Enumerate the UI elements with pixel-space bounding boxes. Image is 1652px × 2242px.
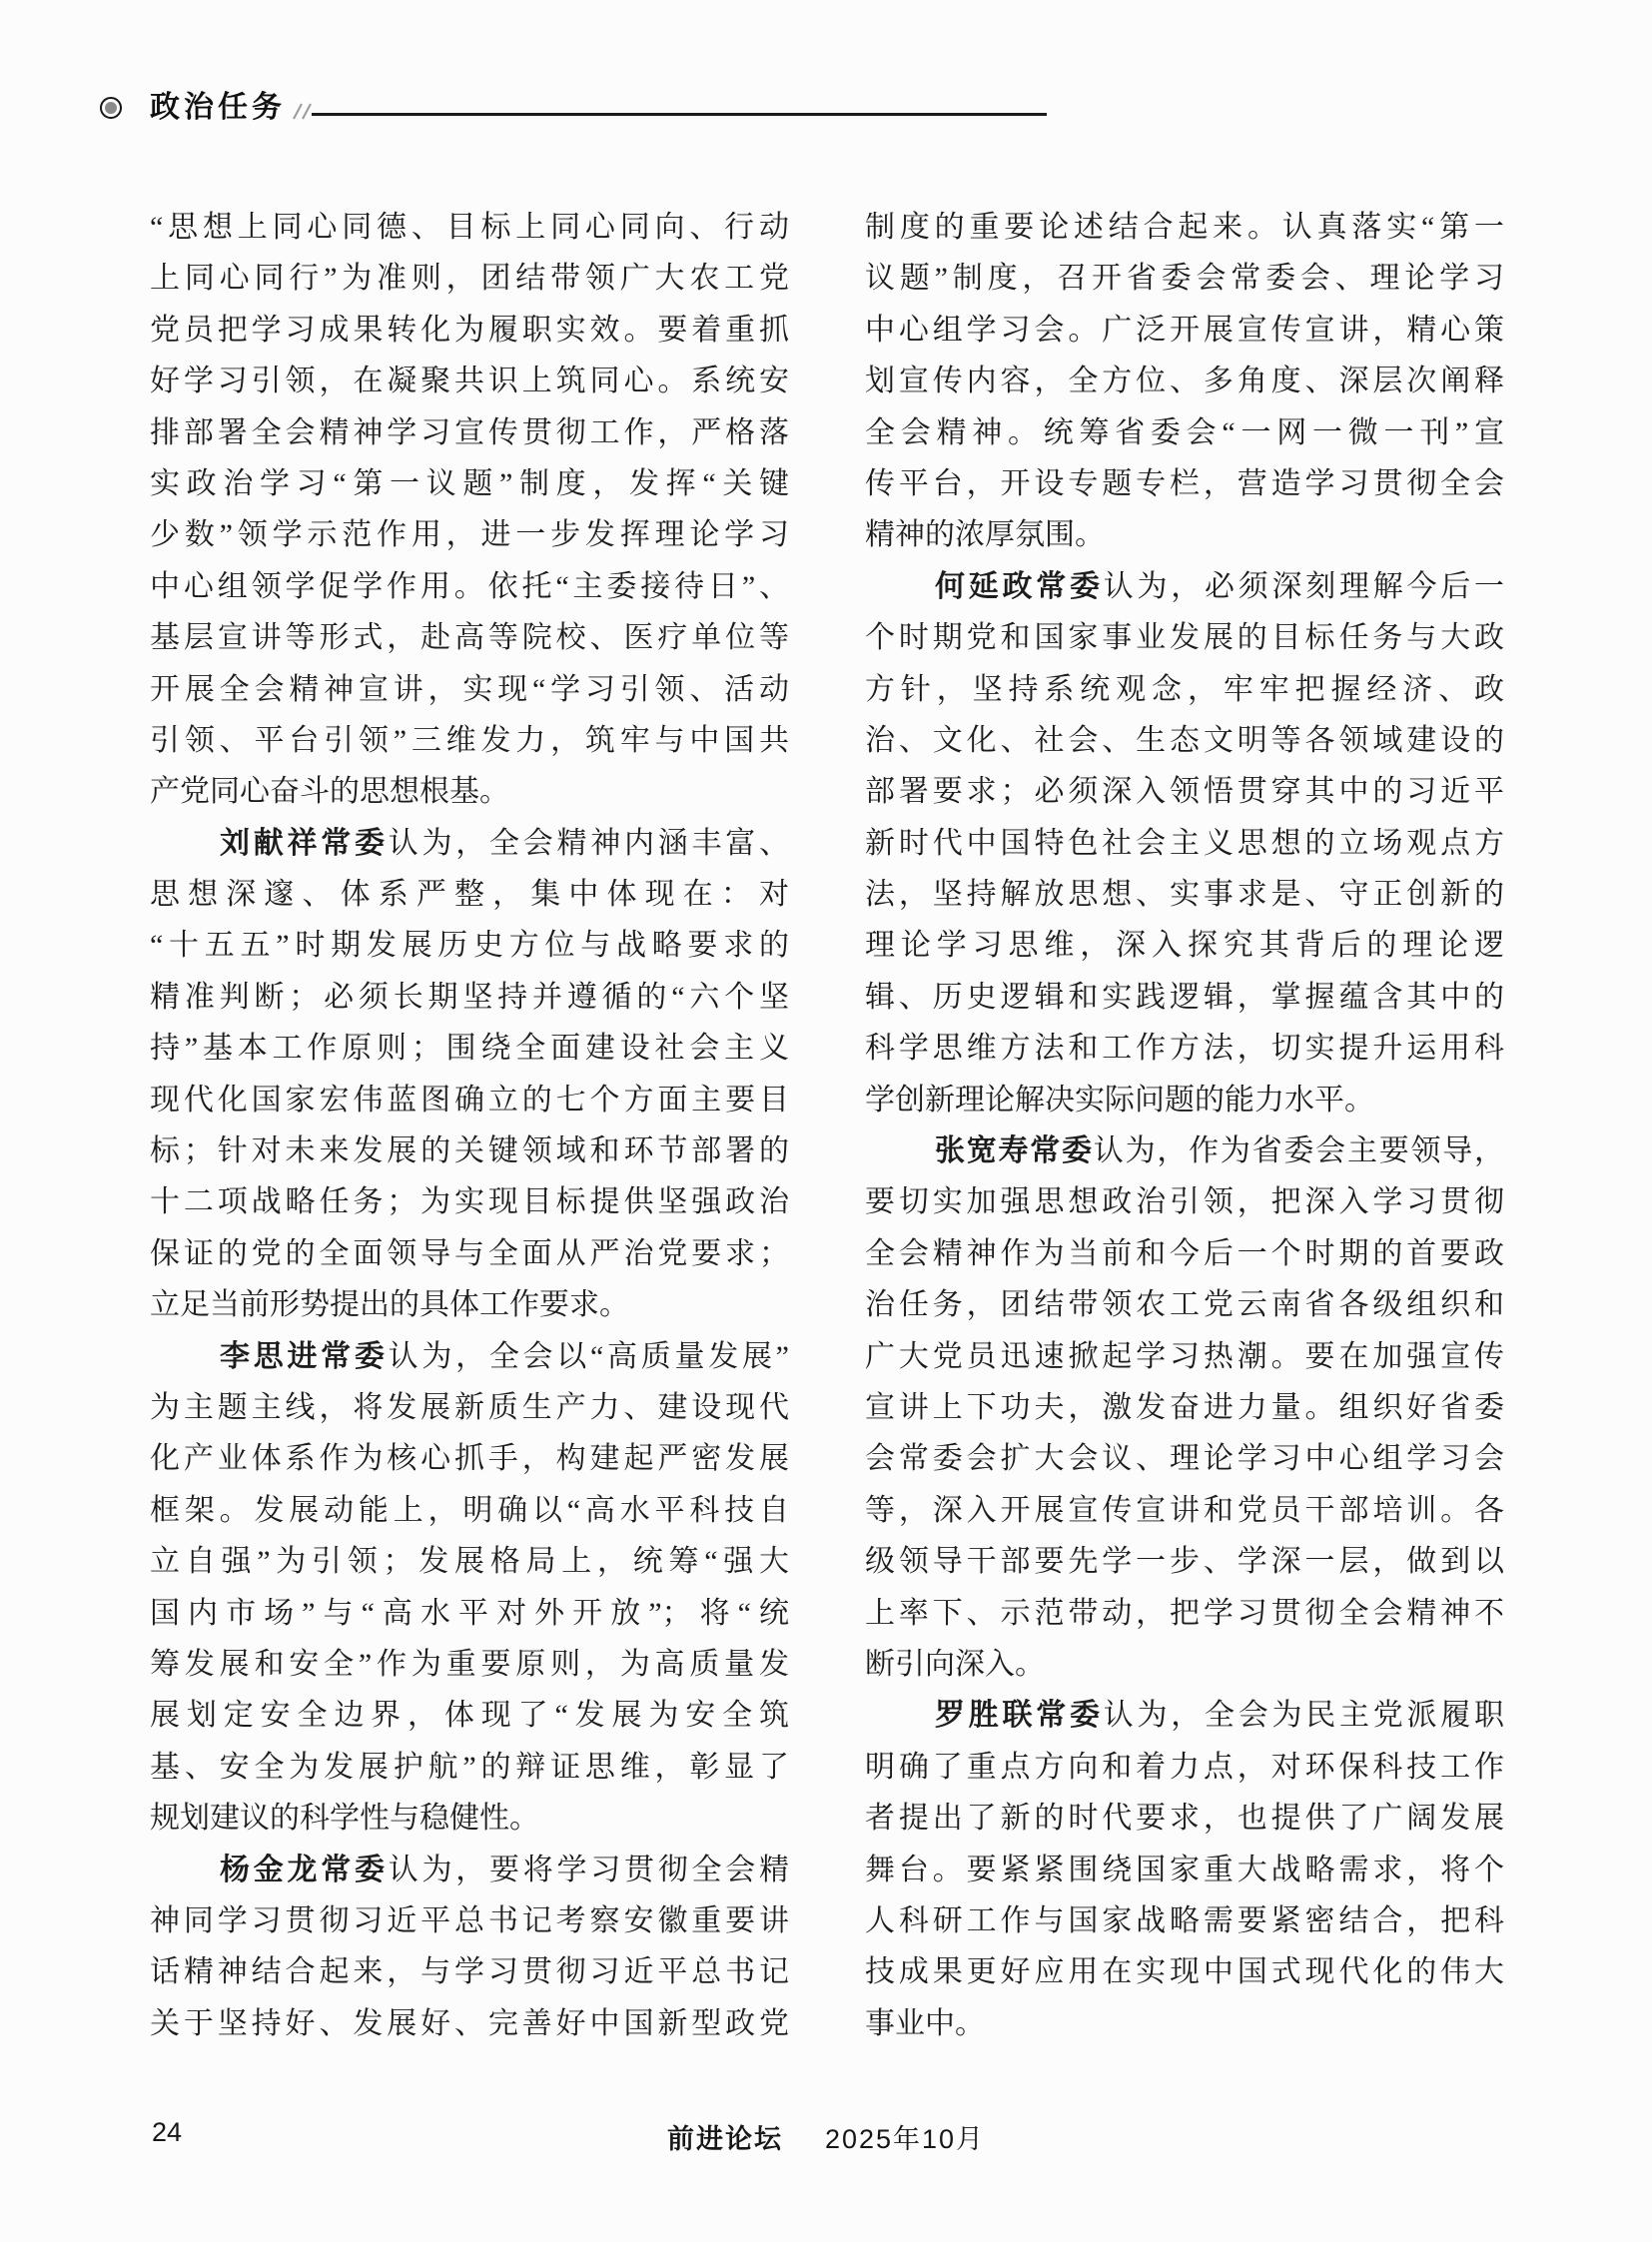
text-line: 上率下、示范带动，把学习贯彻全会精神不 [865,1588,1504,1639]
text-line: “思想上同心同德、目标上同心同向、行动 [150,202,789,253]
text-line: 断引向深入。 [865,1639,1504,1690]
text-line: 框架。发展动能上，明确以“高水平科技自 [150,1485,789,1536]
text-line: 思想深邃、体系严整，集中体现在：对 [150,869,789,920]
text-line: 排部署全会精神学习宣传贯彻工作，严格落 [150,407,789,458]
committee-member-name: 罗胜联常委 [935,1699,1104,1732]
text-line: 国内市场”与“高水平对外开放”；将“统 [150,1588,789,1639]
text-line: 学创新理论解决实际问题的能力水平。 [865,1075,1504,1125]
text-line: 筹发展和安全”作为重要原则，为高质量发 [150,1639,789,1690]
text-line: 技成果更好应用在实现中国式现代化的伟大 [865,1946,1504,1997]
text-line: 立自强”为引领；发展格局上，统筹“强大 [150,1536,789,1587]
text-line: 方针，坚持系统观念，牢牢把握经济、政 [865,664,1504,715]
committee-member-name: 李思进常委 [220,1340,389,1373]
text-line: 人科研工作与国家战略需要紧密结合，把科 [865,1895,1504,1946]
text-line: 引领、平台引领”三维发力，筑牢与中国共 [150,715,789,766]
text-line: 法，坚持解放思想、实事求是、守正创新的 [865,869,1504,920]
committee-member-name: 张宽寿常委 [935,1134,1094,1167]
text-line: 为主题主线，将发展新质生产力、建设现代 [150,1382,789,1433]
text-line: 事业中。 [865,1998,1504,2049]
text-line: 明确了重点方向和着力点，对环保科技工作 [865,1742,1504,1793]
text-line: 全会精神。统筹省委会“一网一微一刊”宣 [865,407,1504,458]
committee-member-name: 何延政常委 [935,570,1104,603]
bullseye-icon [100,97,122,119]
text-line: 辑、历史逻辑和实践逻辑，掌握蕴含其中的 [865,972,1504,1023]
text-line: 舞台。要紧紧围绕国家重大战略需求，将个 [865,1845,1504,1895]
text-line: 治、文化、社会、生态文明等各领域建设的 [865,715,1504,766]
magazine-page: 政治任务 “思想上同心同德、目标上同心同向、行动上同心同行”为准则，团结带领广大… [0,0,1652,2242]
text-line: 好学习引领，在凝聚共识上筑同心。系统安 [150,356,789,406]
text-line: 李思进常委认为，全会以“高质量发展” [150,1331,789,1382]
text-line: 少数”领学示范作用，进一步发挥理论学习 [150,509,789,560]
section-title: 政治任务 [150,92,286,124]
text-line: 中心组学习会。广泛开展宣传宣讲，精心策 [865,305,1504,356]
text-line: 化产业体系作为核心抓手，构建起严密发展 [150,1433,789,1484]
footer-center: 前进论坛 2025年10月 [667,2117,985,2156]
text-line: 个时期党和国家事业发展的目标任务与大政 [865,612,1504,663]
text-line: 神同学习贯彻习近平总书记考察安徽重要讲 [150,1895,789,1946]
text-line: 全会精神作为当前和今后一个时期的首要政 [865,1228,1504,1279]
text-line: 议题”制度，召开省委会常委会、理论学习 [865,253,1504,304]
text-line: 会常委会扩大会议、理论学习中心组学习会 [865,1433,1504,1484]
text-line: 保证的党的全面领导与全面从严治党要求； [150,1228,789,1279]
text-line: 部署要求；必须深入领悟贯穿其中的习近平 [865,766,1504,817]
text-line: 标；针对未来发展的关键领域和环节部署的 [150,1125,789,1176]
text-line: 话精神结合起来，与学习贯彻习近平总书记 [150,1946,789,1997]
bullseye-dot [105,102,117,114]
text-line: 规划建议的科学性与稳健性。 [150,1793,789,1844]
text-line: 制度的重要论述结合起来。认真落实“第一 [865,202,1504,253]
text-line: 基层宣讲等形式，赴高等院校、医疗单位等 [150,612,789,663]
text-line: 罗胜联常委认为，全会为民主党派履职 [865,1690,1504,1741]
text-line: 展划定安全边界，体现了“发展为安全筑 [150,1690,789,1741]
text-line: 等，深入开展宣传宣讲和党员干部培训。各 [865,1485,1504,1536]
text-line: 关于坚持好、发展好、完善好中国新型政党 [150,1998,789,2049]
text-line: 宣讲上下功夫，激发奋进力量。组织好省委 [865,1382,1504,1433]
text-line: 何延政常委认为，必须深刻理解今后一 [865,561,1504,612]
text-line: 新时代中国特色社会主义思想的立场观点方 [865,818,1504,869]
rule-slash-decoration [302,104,312,120]
text-line: 治任务，团结带领农工党云南省各级组织和 [865,1279,1504,1330]
text-line: 者提出了新的时代要求，也提供了广阔发展 [865,1793,1504,1844]
text-column-right: 制度的重要论述结合起来。认真落实“第一议题”制度，召开省委会常委会、理论学习中心… [865,202,1504,2049]
text-line: 实政治学习“第一议题”制度，发挥“关键 [150,458,789,509]
text-line: 持”基本工作原则；围绕全面建设社会主义 [150,1023,789,1074]
text-line: “十五五”时期发展历史方位与战略要求的 [150,920,789,971]
text-line: 张宽寿常委认为，作为省委会主要领导， [865,1125,1504,1176]
text-line: 理论学习思维，深入探究其背后的理论逻 [865,920,1504,971]
text-line: 现代化国家宏伟蓝图确立的七个方面主要目 [150,1075,789,1125]
text-line: 划宣传内容，全方位、多角度、深层次阐释 [865,356,1504,406]
text-line: 科学思维方法和工作方法，切实提升运用科 [865,1023,1504,1074]
text-line: 精准判断；必须长期坚持并遵循的“六个坚 [150,972,789,1023]
text-line: 刘献祥常委认为，全会精神内涵丰富、 [150,818,789,869]
text-line: 产党同心奋斗的思想根基。 [150,766,789,817]
text-line: 级领导干部要先学一步、学深一层，做到以 [865,1536,1504,1587]
page-number: 24 [152,2117,182,2148]
text-line: 杨金龙常委认为，要将学习贯彻全会精 [150,1845,789,1895]
text-line: 传平台，开设专题专栏，营造学习贯彻全会 [865,458,1504,509]
text-line: 开展全会精神宣讲，实现“学习引领、活动 [150,664,789,715]
journal-name: 前进论坛 [667,2117,783,2156]
issue-date: 2025年10月 [825,2117,985,2156]
text-line: 要切实加强思想政治引领，把深入学习贯彻 [865,1176,1504,1227]
text-line: 精神的浓厚氛围。 [865,509,1504,560]
text-column-left: “思想上同心同德、目标上同心同向、行动上同心同行”为准则，团结带领广大农工党党员… [150,202,789,2049]
page-footer: 24 前进论坛 2025年10月 [0,2115,1652,2155]
header-rule [312,113,1047,116]
text-line: 中心组领学促学作用。依托“主委接待日”、 [150,561,789,612]
text-line: 上同心同行”为准则，团结带领广大农工党 [150,253,789,304]
text-line: 广大党员迅速掀起学习热潮。要在加强宣传 [865,1331,1504,1382]
committee-member-name: 杨金龙常委 [220,1854,389,1886]
text-line: 立足当前形势提出的具体工作要求。 [150,1279,789,1330]
committee-member-name: 刘献祥常委 [220,827,389,860]
text-line: 党员把学习成果转化为履职实效。要着重抓 [150,305,789,356]
text-line: 十二项战略任务；为实现目标提供坚强政治 [150,1176,789,1227]
text-line: 基、安全为发展护航”的辩证思维，彰显了 [150,1742,789,1793]
